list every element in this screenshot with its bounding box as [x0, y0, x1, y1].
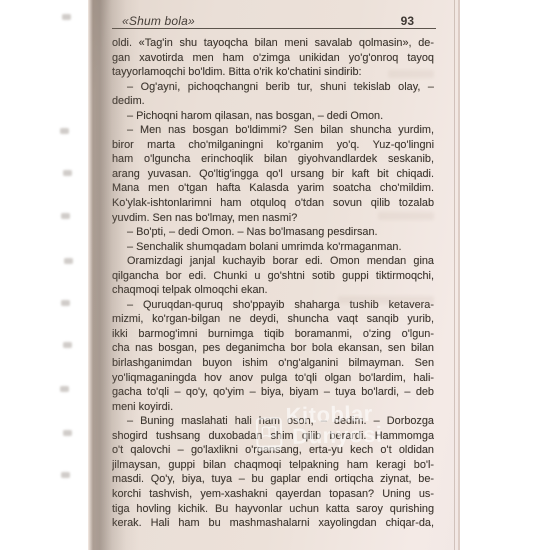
text-line: cha nas bosgan, pes deganimcha bor bola … — [112, 341, 434, 356]
text-line: – Buning maslahati hali ham oson, – dedi… — [112, 414, 434, 429]
watermark-suffix-uz: UZ — [469, 391, 536, 448]
page-header: «Shum bola» 93 — [112, 9, 436, 29]
text-line: yo'liqmaganingda hov anov pulga to'qli o… — [112, 371, 434, 386]
text-line: arang yuvasan. Qo'ltig'ingga qo'l ursang… — [112, 167, 434, 182]
text-line: tiga hovling kichik. Bu hayvonlar uchun … — [112, 502, 434, 517]
text-line: ikki barmog'imni burnimga tiqib boramanm… — [112, 327, 434, 342]
text-line: meni koyirdi. — [112, 400, 434, 415]
ghost-text — [378, 212, 434, 220]
text-line: – Bo'pti, – dedi Omon. – Nas bo'lmasang … — [112, 225, 434, 240]
text-line: tayyorlamoqchi bo'ldim. Bitta o'rik ko'c… — [112, 65, 434, 80]
text-line: – Og'ayni, pichoqchangni berib tur, shun… — [112, 80, 434, 95]
text-line: masdi. Qo'y, biya, tuya – bu gaplar endi… — [112, 472, 434, 487]
smudge — [60, 386, 69, 392]
text-line: ham o'lguncha erinchoqlik bilan giyohvan… — [112, 152, 434, 167]
text-line: o't qalovchi – go'laxlikni o'rgansang, e… — [112, 443, 434, 458]
left-margin-smudges — [0, 0, 88, 550]
book-title: «Shum bola» — [122, 14, 195, 28]
text-line: mizmi, ko'rgan-bilgan ne deydi, shuncha … — [112, 312, 434, 327]
smudge — [62, 14, 71, 20]
text-line: birlashganimdan buyon ishim o'ng'alganin… — [112, 356, 434, 371]
text-line: oldi. «Tag'in shu tayoqcha bilan meni sa… — [112, 36, 434, 51]
smudge — [60, 128, 69, 134]
book-photo: «Shum bola» 93 oldi. «Tag'in shu tayoqch… — [0, 0, 550, 550]
text-line: korchi tashvish, yem-xashakni qayerdan t… — [112, 487, 434, 502]
book-page: «Shum bola» 93 oldi. «Tag'in shu tayoqch… — [88, 0, 460, 550]
text-lines: oldi. «Tag'in shu tayoqcha bilan meni sa… — [112, 36, 434, 536]
page-number: 93 — [401, 14, 436, 28]
text-line: – Men nas bosgan bo'ldimmi? Sen bilan sh… — [112, 123, 434, 138]
text-line: gan xavotirda men ham o'zimga unikidan y… — [112, 51, 434, 66]
text-line: biror marta cho'milganingni ko'rganim yo… — [112, 138, 434, 153]
text-line: gacha to'qli – qo'y, qo'yim – biya, biya… — [112, 385, 434, 400]
smudge — [64, 258, 73, 264]
smudge — [63, 430, 72, 436]
text-line: kerak. Hali ham bu mashmashalarni xayoli… — [112, 516, 434, 531]
text-line: Ko'ylak-ishtonlarimni ham otquloq o'tdan… — [112, 196, 434, 211]
text-line: dedim. — [112, 94, 434, 109]
smudge — [61, 472, 70, 478]
smudge — [61, 213, 70, 219]
ghost-text — [338, 296, 434, 304]
page-right-edge — [458, 0, 460, 550]
smudge — [63, 342, 72, 348]
text-line: – Pichoqni harom qilasan, nas bosgan, – … — [112, 109, 434, 124]
page-edge-crease — [454, 0, 455, 550]
smudge — [61, 300, 70, 306]
text-line: qilgancha bor edi. Chunki u go'shtni sot… — [112, 269, 434, 284]
ghost-text — [388, 70, 434, 78]
text-line: shogird tushsang duxobadan shim qilib be… — [112, 429, 434, 444]
text-line: – Senchalik shumqadam bolani umrimda ko'… — [112, 240, 434, 255]
text-line: Oramizdagi janjal kuchayib borar edi. Om… — [112, 254, 434, 269]
smudge — [63, 170, 72, 176]
text-line: Mana men o'tgan hafta Kalasda yarim soat… — [112, 181, 434, 196]
text-line: jilmaysan, guppi bilan chaqmoqi telpakni… — [112, 458, 434, 473]
